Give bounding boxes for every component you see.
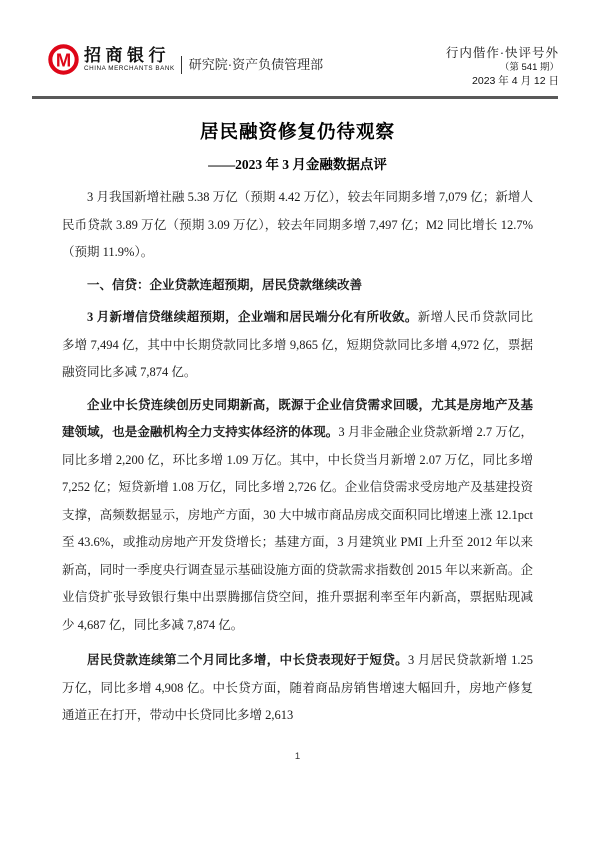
paragraph-credit-overview: 3 月新增信贷继续超预期，企业端和居民端分化有所收敛。新增人民币贷款同比多增 7… [62, 304, 533, 387]
brand-mark: M 招商银行 CHINA MERCHANTS BANK [48, 44, 175, 75]
cmb-logo-icon: M [48, 44, 79, 75]
paragraph-corporate-loans: 企业中长贷连续创历史同期新高，既源于企业信贷需求回暖，尤其是房地产及基建领域，也… [62, 392, 533, 640]
page-number: 1 [0, 750, 595, 764]
svg-text:M: M [56, 49, 71, 70]
paragraph-intro: 3 月我国新增社融 5.38 万亿（预期 4.42 万亿），较去年同期多增 7,… [62, 184, 533, 267]
publication-info: 行内偕作·快评号外 （第 541 期） 2023 年 4 月 12 日 [446, 45, 559, 89]
bank-name-cn: 招商银行 [84, 46, 175, 65]
brand-block: M 招商银行 CHINA MERCHANTS BANK 研究院·资产负债管理部 [48, 44, 323, 75]
document-subtitle: ——2023 年 3 月金融数据点评 [0, 154, 595, 176]
paragraph-household-loans-lead: 居民贷款连续第二个月同比多增，中长贷表现好于短贷。 [87, 653, 408, 667]
header-divider [32, 96, 558, 99]
report-page: M 招商银行 CHINA MERCHANTS BANK 研究院·资产负债管理部 … [0, 0, 595, 842]
document-title: 居民融资修复仍待观察 [0, 120, 595, 146]
publication-date: 2023 年 4 月 12 日 [446, 74, 559, 89]
page-header: M 招商银行 CHINA MERCHANTS BANK 研究院·资产负债管理部 … [0, 0, 595, 89]
paragraph-corporate-loans-body: 3 月非金融企业贷款新增 2.7 万亿，同比多增 2,200 亿，环比多增 1.… [62, 425, 533, 632]
bank-name-en: CHINA MERCHANTS BANK [84, 65, 175, 73]
department-label: 研究院·资产负债管理部 [181, 56, 323, 74]
section-1-heading: 一、信贷：企业贷款连超预期，居民贷款继续改善 [62, 272, 533, 300]
document-body: 3 月我国新增社融 5.38 万亿（预期 4.42 万亿），较去年同期多增 7,… [0, 184, 595, 730]
paragraph-household-loans: 居民贷款连续第二个月同比多增，中长贷表现好于短贷。3 月居民贷款新增 1.25 … [62, 647, 533, 730]
brand-text: 招商银行 CHINA MERCHANTS BANK [84, 46, 175, 73]
issue-number: （第 541 期） [446, 61, 559, 74]
paragraph-credit-overview-lead: 3 月新增信贷继续超预期，企业端和居民端分化有所收敛。 [87, 310, 418, 324]
series-title: 行内偕作·快评号外 [446, 45, 559, 61]
